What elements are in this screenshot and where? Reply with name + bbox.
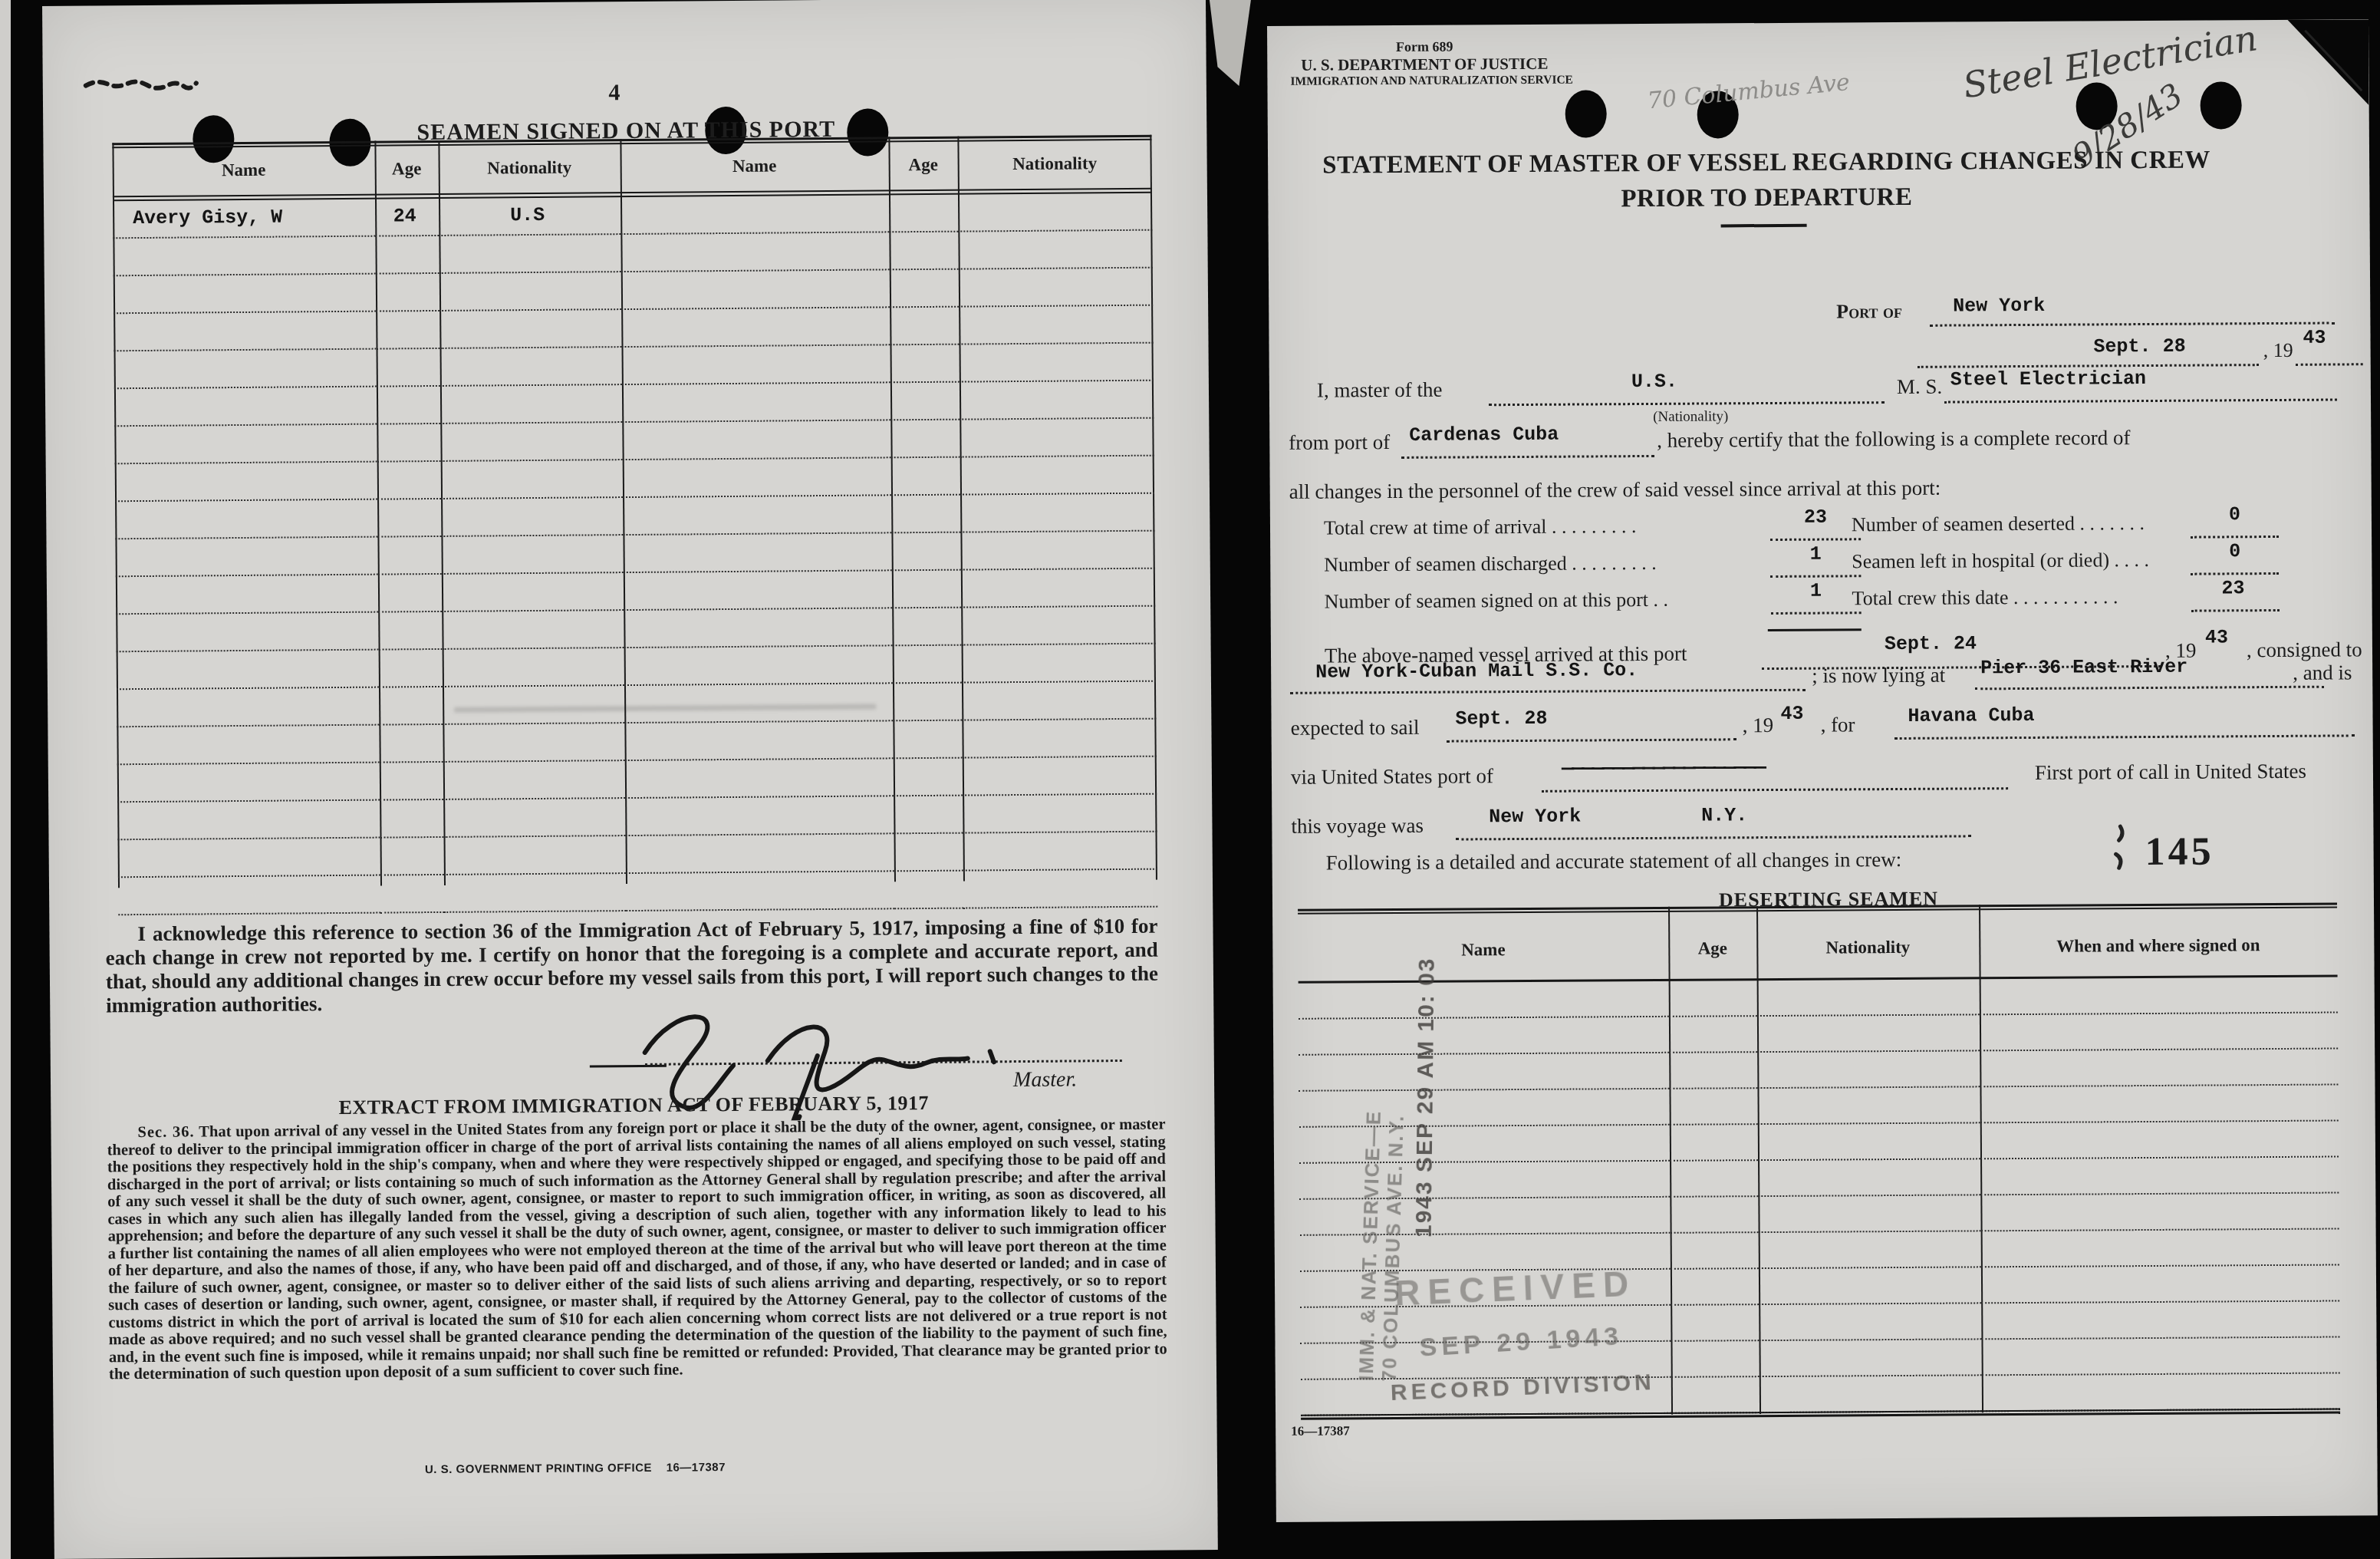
- table-cell: [377, 424, 440, 463]
- table-cell: [1980, 1049, 2338, 1087]
- stat-value-3b: 23: [2187, 577, 2279, 600]
- sail-destination: Havana Cuba: [1908, 704, 2034, 727]
- table-cell: [117, 651, 379, 691]
- table-cell: [377, 349, 440, 387]
- table-row: [1299, 1121, 2339, 1163]
- table-cell: [377, 462, 441, 500]
- voyage-value2: N.Y.: [1701, 804, 1747, 826]
- torn-paper-fragment: [1206, 0, 1253, 86]
- table-cell: [1981, 1229, 2339, 1267]
- table-cell: [1671, 1377, 1759, 1414]
- sail-printed1: expected to sail: [1290, 716, 1419, 740]
- table-cell: [625, 796, 894, 836]
- table-cell: [1670, 1161, 1758, 1198]
- table-cell: [962, 644, 1156, 684]
- table-cell: [891, 533, 960, 572]
- gpo-imprint: U. S. GOVERNMENT PRINTING OFFICE 16—1738…: [115, 1458, 1035, 1478]
- stat-value-1: 23: [1770, 506, 1861, 529]
- table-cell: [959, 269, 1153, 308]
- title-underline: [1721, 224, 1807, 228]
- table-cell: [116, 613, 378, 653]
- table-cell: [1982, 1373, 2340, 1412]
- table-cell: [1671, 1269, 1759, 1306]
- stat-label-2: Number of seamen discharged . . . . . . …: [1324, 552, 1657, 577]
- vessel-blank: [1944, 398, 2337, 403]
- table-cell: [443, 761, 625, 800]
- table-cell: [379, 687, 443, 726]
- table-cell: [894, 759, 963, 797]
- col-header-name2: Name: [621, 155, 889, 177]
- dept-line1: U. S. DEPARTMENT OF JUSTICE: [1290, 54, 1559, 75]
- table-cell: [441, 460, 623, 499]
- table-row: [1299, 1049, 2338, 1091]
- master-printed1: I, master of the: [1317, 378, 1443, 403]
- sec36-lead: Sec. 36.: [137, 1123, 194, 1141]
- master-label: Master.: [1013, 1067, 1077, 1093]
- form-number: Form 689: [1290, 38, 1559, 56]
- stat-underline: [1768, 628, 1862, 631]
- table-row: [1299, 977, 2338, 1019]
- table-cell: [890, 308, 959, 346]
- via-printed1: via United States port of: [1291, 764, 1493, 789]
- table-cell: [894, 872, 963, 910]
- arrived-printed3: , consigned to: [2247, 638, 2362, 662]
- table-cell: [443, 799, 625, 838]
- col-header-age2: Age: [889, 155, 958, 176]
- col-header-nationality2: Nationality: [958, 153, 1152, 175]
- table-cell: [961, 569, 1155, 608]
- table-cell: [960, 381, 1154, 420]
- table-cell: [961, 607, 1155, 646]
- scanned-document: 4 SEAMEN SIGNED ON AT THIS PORT Name Age…: [0, 0, 2380, 1559]
- via-strikeout: ————————————————————: [1562, 756, 1764, 781]
- table-cell: [444, 836, 626, 875]
- table-cell: [621, 232, 889, 272]
- seamen-table-rows: Avery Gisy, W24U.S: [113, 193, 1157, 916]
- table-cell: [1759, 1340, 1981, 1377]
- table-cell: [116, 575, 378, 615]
- table-cell: [442, 573, 624, 612]
- table-cell: [1980, 977, 2338, 1015]
- col-header-nationality: Nationality: [439, 157, 621, 179]
- stat-value-2b: 0: [2191, 540, 2279, 563]
- table-cell: [117, 726, 379, 766]
- table-cell: [439, 272, 621, 311]
- table-cell: [1758, 1159, 1980, 1197]
- col-header-age: Age: [375, 159, 439, 180]
- table-cell: [377, 537, 441, 575]
- year-blank: [2296, 363, 2363, 366]
- nationality-value: U.S.: [1631, 371, 1677, 393]
- table-cell: [892, 608, 961, 647]
- stat-value-1b: 0: [2191, 503, 2279, 526]
- table-cell: 24: [375, 199, 439, 237]
- stat-label-2b: Seamen left in hospital (or died) . . . …: [1852, 549, 2149, 573]
- table-cell: [114, 425, 377, 465]
- stat-blank-3: [1771, 611, 1862, 615]
- gpo-number: 16—17387: [667, 1461, 726, 1475]
- vessel-value: Steel Electrician: [1950, 368, 2146, 391]
- table-cell: [963, 870, 1157, 909]
- table-cell: [622, 345, 890, 385]
- stat-blank-2b: [2191, 572, 2279, 575]
- fromport-printed1: from port of: [1289, 430, 1390, 455]
- table-cell: [1671, 1233, 1759, 1270]
- table-cell: [442, 611, 624, 650]
- table-cell: [1671, 1341, 1759, 1378]
- arrived-year: 43: [2205, 626, 2228, 648]
- punch-hole: [1565, 90, 1607, 137]
- table-cell: [893, 646, 962, 684]
- table-row: [1299, 1157, 2339, 1199]
- sail-printed3: , for: [1820, 713, 1855, 737]
- table-cell: [1299, 1162, 1670, 1200]
- gpo-line: U. S. GOVERNMENT PRINTING OFFICE: [425, 1462, 652, 1476]
- table-cell: [114, 312, 376, 352]
- stat-label-3b: Total crew this date . . . . . . . . . .…: [1852, 585, 2118, 610]
- table-cell: [118, 876, 380, 916]
- table-cell: [623, 458, 891, 498]
- table-cell: [1299, 1017, 1669, 1056]
- table-cell: [624, 721, 893, 761]
- table-cell: [378, 575, 442, 613]
- table-cell: [114, 387, 377, 427]
- nationality-blank: [1489, 401, 1885, 406]
- table-cell: [439, 310, 621, 349]
- table-cell: [1759, 1231, 1981, 1269]
- table-cell: [114, 275, 376, 315]
- table-cell: [1757, 1015, 1980, 1053]
- table-cell: [1981, 1337, 2339, 1376]
- table-cell: [440, 385, 622, 424]
- col-header-name: Name: [113, 160, 375, 182]
- table-cell: [1759, 1376, 1982, 1413]
- table-cell: [117, 763, 380, 803]
- table-cell: [960, 532, 1154, 571]
- sail-year: 43: [1780, 703, 1803, 725]
- table-cell: [890, 383, 960, 421]
- table-cell: [375, 236, 439, 275]
- table-cell: [379, 650, 443, 688]
- table-cell: [377, 387, 440, 425]
- table-cell: [1299, 1126, 1670, 1164]
- col-header-signed-on: When and where signed on: [1979, 934, 2337, 957]
- table-cell: Avery Gisy, W: [113, 199, 375, 239]
- table-cell: [963, 795, 1157, 834]
- pen-mark: [2105, 820, 2135, 874]
- table-cell: [440, 348, 622, 387]
- table-cell: [963, 757, 1157, 796]
- stat-value-3: 1: [1770, 579, 1861, 602]
- sail-blank: [1447, 738, 1736, 742]
- table-cell: [1299, 981, 1669, 1020]
- table-cell: [379, 725, 443, 763]
- table-cell: [890, 270, 959, 308]
- table-cell: [1299, 1198, 1670, 1236]
- via-printed2: First port of call in United States: [2035, 760, 2306, 785]
- consignee-blank: [1290, 689, 1806, 694]
- table-cell: [958, 231, 1152, 270]
- table-cell: [113, 237, 375, 277]
- table-cell: [377, 499, 441, 538]
- via-blank: [1542, 787, 2008, 793]
- col-header-nationality: Nationality: [1756, 937, 1979, 958]
- table-row: [1299, 1013, 2338, 1055]
- table-cell: [621, 308, 890, 348]
- table-cell: [889, 232, 958, 271]
- table-cell: [889, 195, 958, 233]
- table-cell: [890, 420, 960, 459]
- table-row: [1300, 1229, 2339, 1271]
- table-row: [118, 870, 1157, 916]
- table-cell: [1980, 1121, 2339, 1159]
- table-cell: [625, 759, 894, 799]
- table-cell: [624, 608, 892, 648]
- voyage-blank: [1456, 835, 1971, 840]
- table-cell: [622, 420, 890, 460]
- table-cell: [1669, 1017, 1757, 1053]
- table-cell: [891, 458, 960, 496]
- table-cell: [440, 423, 622, 462]
- voyage-printed1: this voyage was: [1291, 814, 1424, 839]
- andis-printed: , and is: [2293, 661, 2352, 684]
- title-line1: STATEMENT OF MASTER OF VESSEL REGARDING …: [1268, 146, 2265, 180]
- year-value: 43: [2303, 327, 2326, 349]
- page-stamp-number: 145: [2145, 829, 2214, 875]
- print-code: 16—17387: [1291, 1423, 1350, 1439]
- table-cell: [622, 383, 890, 423]
- table-cell: [1757, 979, 1980, 1017]
- table-cell: [963, 832, 1157, 872]
- corner-fold: [2276, 19, 2369, 106]
- table-cell: [959, 306, 1153, 345]
- table-cell: [894, 796, 963, 835]
- sec36-text: That upon arrival of any vessel in the U…: [107, 1116, 1167, 1383]
- table-cell: [892, 571, 961, 609]
- table-cell: [1759, 1267, 1981, 1305]
- stat-blank-3b: [2191, 609, 2280, 612]
- table-cell: [621, 270, 890, 310]
- table-cell: [117, 688, 379, 728]
- table-cell: [443, 648, 624, 687]
- table-cell: [1299, 1089, 1669, 1128]
- table-cell: [621, 195, 889, 235]
- table-cell: [439, 235, 621, 274]
- sec36-paragraph: Sec. 36. That upon arrival of any vessel…: [107, 1116, 1167, 1383]
- stat-value-2: 1: [1770, 542, 1861, 565]
- ins-vertical-datestamp: 1943 SEP 29 AM 10: 03: [1411, 938, 1440, 1238]
- table-cell: [443, 723, 624, 763]
- table-cell: [960, 494, 1154, 533]
- left-page: 4 SEAMEN SIGNED ON AT THIS PORT Name Age…: [42, 0, 1218, 1559]
- voyage-value1: New York: [1489, 806, 1581, 829]
- port-value: New York: [1953, 295, 2045, 318]
- port-blank: [1930, 322, 2335, 327]
- table-row: [1299, 1085, 2338, 1127]
- table-cell: [1980, 1157, 2339, 1195]
- fromport-value: Cardenas Cuba: [1409, 424, 1559, 447]
- table-cell: [1757, 1087, 1980, 1125]
- stat-blank-1b: [2191, 536, 2279, 539]
- table-cell: [378, 612, 442, 651]
- table-cell: [962, 720, 1156, 759]
- table-cell: [1981, 1301, 2339, 1340]
- table-cell: [380, 875, 444, 914]
- scanner-edge: [0, 0, 11, 1559]
- table-cell: [1980, 1085, 2338, 1123]
- table-cell: [1670, 1197, 1758, 1234]
- table-cell: [960, 344, 1154, 383]
- master-printed2: M. S.: [1897, 375, 1942, 399]
- right-page: Form 689 U. S. DEPARTMENT OF JUSTICE IMM…: [1267, 19, 2378, 1522]
- table-cell: [624, 646, 893, 686]
- table-cell: [115, 500, 377, 540]
- port-label: Port of: [1836, 300, 1902, 324]
- table-cell: [624, 571, 892, 611]
- table-cell: [893, 684, 962, 722]
- table-cell: [1669, 1089, 1757, 1126]
- table-cell: [1299, 1053, 1669, 1092]
- arrived-date: Sept. 24: [1885, 632, 1977, 655]
- table-cell: [115, 538, 377, 578]
- fromport-printed2: , hereby certify that the following is a…: [1657, 426, 2130, 453]
- table-cell: [376, 274, 439, 312]
- year-printed: , 19: [2263, 339, 2293, 362]
- punch-hole: [2200, 81, 2241, 129]
- destination-blank: [1894, 734, 2355, 740]
- stat-blank-1: [1770, 538, 1861, 541]
- all-changes-line: all changes in the personnel of the crew…: [1289, 476, 1941, 504]
- following-line: Following is a detailed and accurate sta…: [1326, 848, 1902, 875]
- table-cell: [117, 801, 380, 841]
- table-cell: [441, 498, 623, 537]
- col-header-name: Name: [1298, 939, 1668, 961]
- table-cell: [962, 682, 1156, 721]
- table-cell: [1670, 1125, 1758, 1162]
- stat-blank-2: [1770, 575, 1861, 578]
- table-row: [1299, 1193, 2339, 1235]
- sail-date: Sept. 28: [1455, 707, 1547, 730]
- agency-block: Form 689 U. S. DEPARTMENT OF JUSTICE IMM…: [1290, 38, 1559, 89]
- table-cell: [890, 345, 960, 384]
- stat-label-3: Number of seamen signed on at this port …: [1324, 588, 1668, 614]
- fromport-blank: [1401, 455, 1654, 459]
- table-cell: [1758, 1123, 1980, 1161]
- table-cell: [1669, 981, 1757, 1017]
- table-cell: [118, 839, 380, 878]
- table-cell: [444, 874, 626, 913]
- table-cell: [626, 872, 894, 911]
- table-cell: [114, 350, 377, 390]
- table-cell: [115, 463, 377, 503]
- stat-label-1: Total crew at time of arrival . . . . . …: [1324, 515, 1637, 539]
- consignee-value: New York-Cuban Mail S.S. Co.: [1315, 659, 1638, 684]
- table-cell: [380, 800, 443, 839]
- table-cell: [623, 496, 891, 536]
- table-cell: [1759, 1304, 1981, 1341]
- table-cell: [376, 311, 439, 350]
- table-cell: [1758, 1195, 1980, 1233]
- dept-line2: IMMIGRATION AND NATURALIZATION SERVICE: [1290, 74, 1559, 89]
- table-cell: [893, 721, 962, 760]
- table-cell: [1671, 1305, 1759, 1342]
- table-cell: [891, 496, 960, 534]
- table-cell: [1980, 1193, 2339, 1231]
- table-cell: [380, 763, 443, 801]
- table-cell: [1757, 1051, 1980, 1089]
- title-line2: PRIOR TO DEPARTURE: [1268, 181, 2265, 216]
- table-cell: U.S: [439, 197, 621, 236]
- sail-printed2: , 19: [1742, 714, 1773, 737]
- table-cell: [960, 456, 1154, 496]
- table-cell: [958, 193, 1152, 232]
- table-cell: [441, 536, 623, 575]
- table-cell: [380, 838, 444, 876]
- col-header-age: Age: [1668, 938, 1756, 959]
- table-cell: [626, 834, 894, 874]
- table-cell: [1669, 1053, 1757, 1089]
- nationality-caption: (Nationality): [1653, 408, 1728, 426]
- lying-value: Pier 36 East River: [1980, 656, 2187, 680]
- lying-blank: [1975, 686, 2324, 691]
- table-cell: [1980, 1013, 2338, 1051]
- date-value: Sept. 28: [2093, 335, 2185, 358]
- table-cell: [1981, 1265, 2339, 1304]
- table-cell: [960, 419, 1154, 458]
- stat-label-1b: Number of seamen deserted . . . . . . .: [1852, 512, 2145, 536]
- handwritten-address: 70 Columbus Ave: [1646, 69, 1851, 115]
- lying-printed: ; is now lying at: [1812, 664, 1945, 688]
- table-cell: [894, 834, 963, 872]
- table-cell: [623, 533, 891, 573]
